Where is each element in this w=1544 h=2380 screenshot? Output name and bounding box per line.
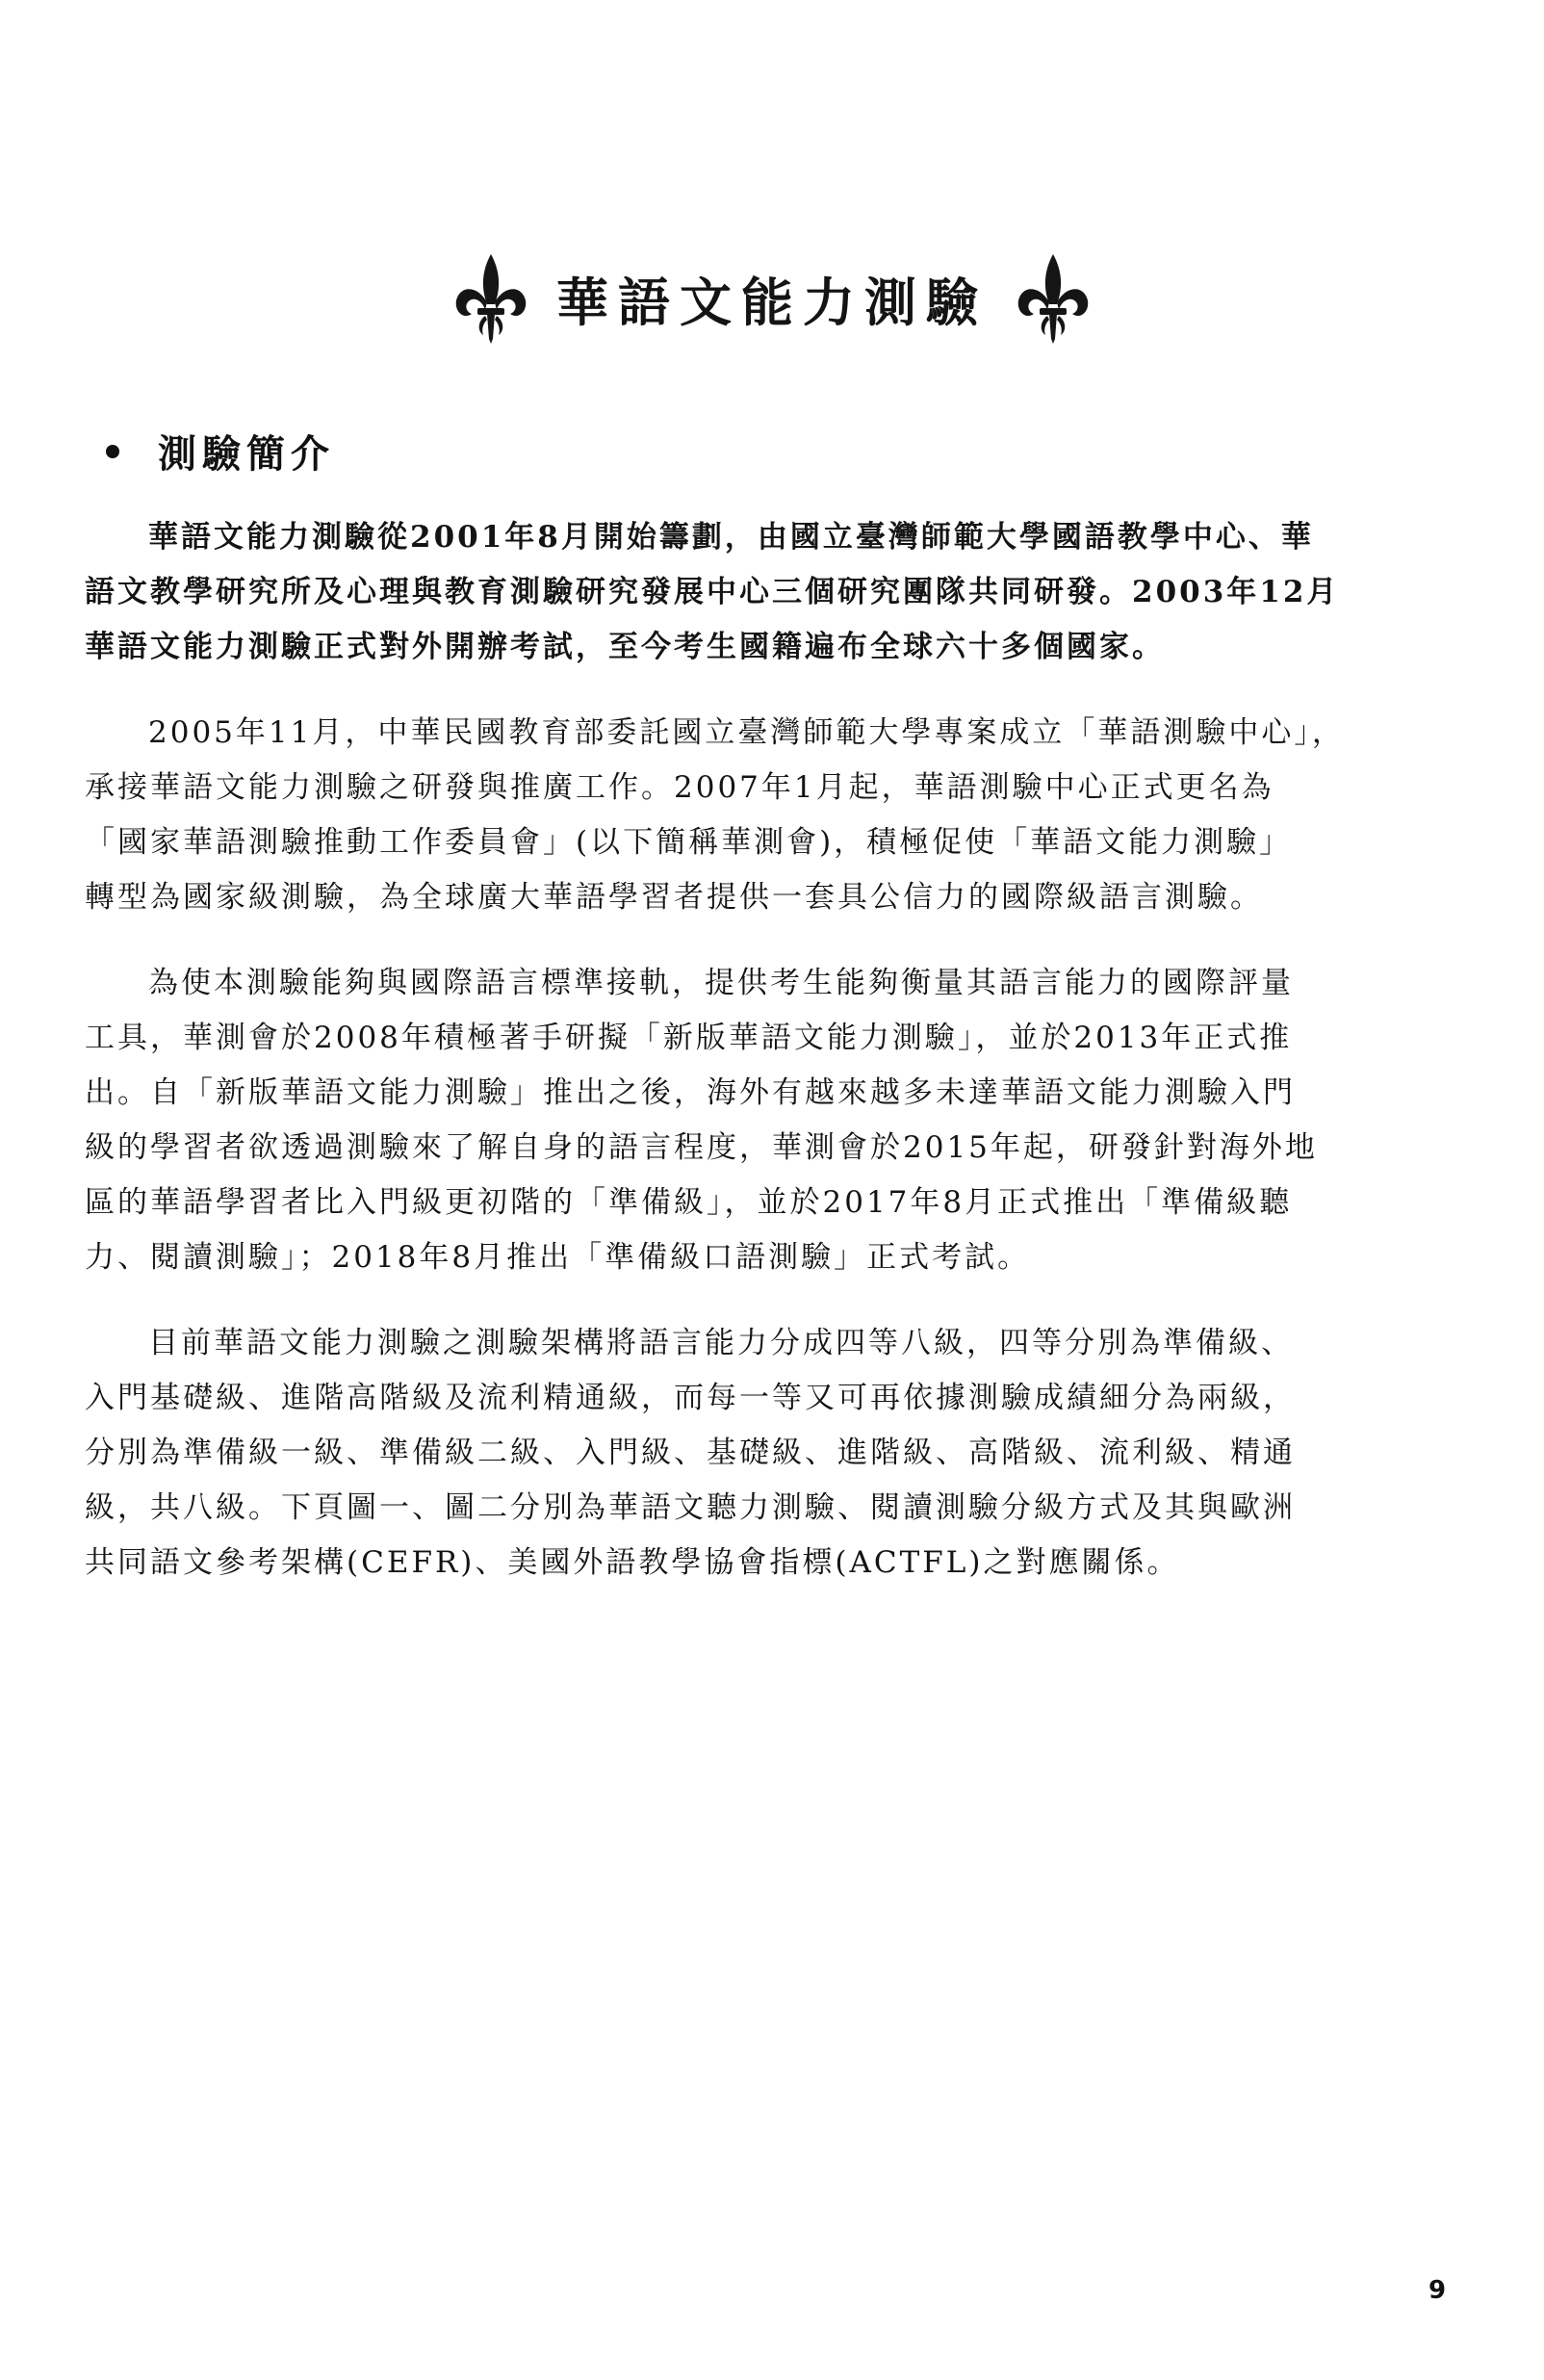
text-line: 轉型為國家級測驗，為全球廣大華語學習者提供一套具公信力的國際級語言測驗。 [85, 870, 1432, 925]
text-line: 共同語文參考架構(CEFR)、美國外語教學協會指標(ACTFL)之對應關係。 [85, 1536, 1432, 1591]
body-text: 華語文能力測驗從2001年8月開始籌劃，由國立臺灣師範大學國語教學中心、華 語文… [85, 510, 1432, 1621]
paragraph-3: 為使本測驗能夠與國際語言標準接軌，提供考生能夠衡量其語言能力的國際評量 工具，華… [85, 956, 1432, 1285]
paragraph-2: 2005年11月，中華民國教育部委託國立臺灣師範大學專案成立「華語測驗中心」， … [85, 706, 1432, 925]
fleur-de-lis-icon [1015, 250, 1092, 347]
text-line: 出。自「新版華語文能力測驗」推出之後，海外有越來越多未達華語文能力測驗入門 [85, 1066, 1432, 1121]
text-line: 區的華語學習者比入門級更初階的「準備級」，並於2017年8月正式推出「準備級聽 [85, 1176, 1432, 1230]
paragraph-4: 目前華語文能力測驗之測驗架構將語言能力分成四等八級，四等分別為準備級、 入門基礎… [85, 1316, 1432, 1591]
text-line: 語文教學研究所及心理與教育測驗研究發展中心三個研究團隊共同研發。2003年12月 [85, 565, 1432, 620]
bullet-icon [106, 445, 119, 458]
text-line: 入門基礎級、進階高階級及流利精通級，而每一等又可再依據測驗成績細分為兩級， [85, 1371, 1432, 1426]
page-title: 華語文能力測驗 [556, 262, 988, 336]
text-line: 工具，華測會於2008年積極著手研擬「新版華語文能力測驗」，並於2013年正式推 [85, 1011, 1432, 1066]
section-title: 測驗簡介 [158, 424, 335, 479]
page-number: 9 [1428, 2276, 1446, 2305]
fleur-de-lis-icon [452, 250, 529, 347]
document-page: 華語文能力測驗 測驗簡介 華語文能力測驗從2001年8月開始籌劃，由國立臺灣師範… [0, 0, 1544, 2380]
text-line: 力、閱讀測驗」；2018年8月推出「準備級口語測驗」正式考試。 [85, 1230, 1432, 1285]
text-line: 為使本測驗能夠與國際語言標準接軌，提供考生能夠衡量其語言能力的國際評量 [85, 956, 1432, 1011]
text-line: 級，共八級。下頁圖一、圖二分別為華語文聽力測驗、閱讀測驗分級方式及其與歐洲 [85, 1481, 1432, 1536]
section-heading: 測驗簡介 [106, 424, 335, 479]
text-line: 級的學習者欲透過測驗來了解自身的語言程度，華測會於2015年起，研發針對海外地 [85, 1121, 1432, 1176]
text-line: 2005年11月，中華民國教育部委託國立臺灣師範大學專案成立「華語測驗中心」， [85, 706, 1432, 761]
paragraph-1: 華語文能力測驗從2001年8月開始籌劃，由國立臺灣師範大學國語教學中心、華 語文… [85, 510, 1432, 675]
text-line: 「國家華語測驗推動工作委員會」(以下簡稱華測會)，積極促使「華語文能力測驗」 [85, 815, 1432, 870]
title-row: 華語文能力測驗 [0, 241, 1544, 356]
text-line: 華語文能力測驗正式對外開辦考試，至今考生國籍遍布全球六十多個國家。 [85, 620, 1432, 675]
text-line: 目前華語文能力測驗之測驗架構將語言能力分成四等八級，四等分別為準備級、 [85, 1316, 1432, 1371]
text-line: 華語文能力測驗從2001年8月開始籌劃，由國立臺灣師範大學國語教學中心、華 [85, 510, 1432, 565]
text-line: 分別為準備級一級、準備級二級、入門級、基礎級、進階級、高階級、流利級、精通 [85, 1426, 1432, 1481]
text-line: 承接華語文能力測驗之研發與推廣工作。2007年1月起，華語測驗中心正式更名為 [85, 761, 1432, 815]
